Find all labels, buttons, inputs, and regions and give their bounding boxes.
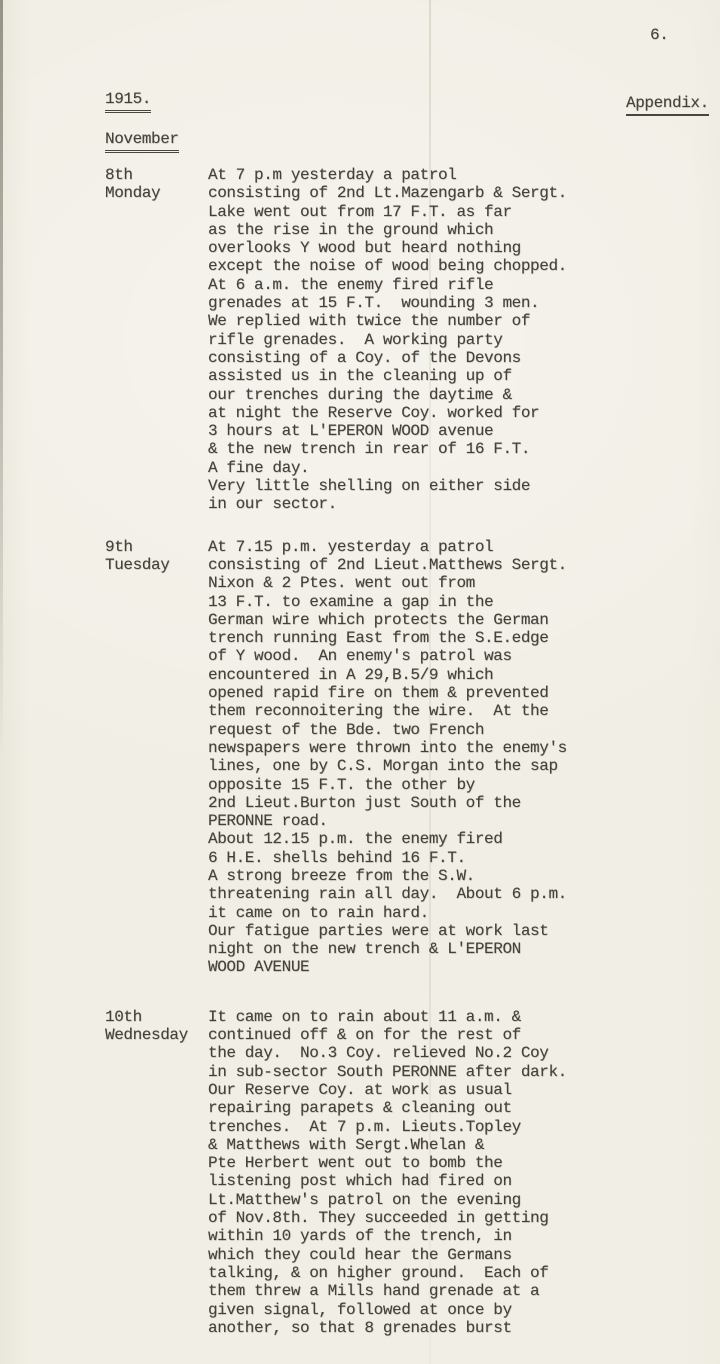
diary-line: 3 hours at L'EPERON WOOD avenue: [208, 422, 705, 440]
diary-line: trenches. At 7 p.m. Lieuts.Topley: [208, 1118, 705, 1136]
diary-line: repairing parapets & cleaning out: [208, 1099, 705, 1117]
diary-line: them reconnoitering the wire. At the: [208, 702, 705, 720]
diary-line: them threw a Mills hand grenade at a: [208, 1282, 705, 1300]
diary-line: Our fatigue parties were at work last: [208, 922, 705, 940]
entry-day: Tuesday: [105, 556, 208, 574]
diary-line: which they could hear the Germans: [208, 1246, 705, 1264]
diary-line: consisting of 2nd Lieut.Matthews Sergt.: [208, 556, 705, 574]
page-number: 6.: [650, 26, 668, 44]
diary-line: PERONNE road.: [208, 812, 705, 830]
diary-line: request of the Bde. two French: [208, 721, 705, 739]
diary-line: A strong breeze from the S.W.: [208, 867, 705, 885]
diary-entry-10th: 10th Wednesday It came on to rain about …: [105, 1008, 705, 1337]
diary-line: opposite 15 F.T. the other by: [208, 776, 705, 794]
diary-entries: 8th Monday At 7 p.m yesterday a patrolco…: [105, 166, 705, 1337]
diary-line: About 12.15 p.m. the enemy fired: [208, 830, 705, 848]
diary-line: another, so that 8 grenades burst: [208, 1319, 705, 1337]
diary-line: A fine day.: [208, 459, 705, 477]
diary-line: as the rise in the ground which: [208, 221, 705, 239]
diary-line: & Matthews with Sergt.Whelan &: [208, 1136, 705, 1154]
entry-date-column: 9th Tuesday: [105, 538, 208, 575]
diary-line: At 6 a.m. the enemy fired rifle: [208, 276, 705, 294]
diary-line: overlooks Y wood but heard nothing: [208, 239, 705, 257]
diary-line: 6 H.E. shells behind 16 F.T.: [208, 849, 705, 867]
diary-line: newspapers were thrown into the enemy's: [208, 739, 705, 757]
diary-line: assisted us in the cleaning up of: [208, 367, 705, 385]
entry-date-column: 10th Wednesday: [105, 1008, 208, 1045]
diary-line: of Nov.8th. They succeeded in getting: [208, 1209, 705, 1227]
diary-line: At 7.15 p.m. yesterday a patrol: [208, 538, 705, 556]
diary-line: WOOD AVENUE: [208, 958, 705, 976]
diary-line: within 10 yards of the trench, in: [208, 1227, 705, 1245]
month-heading: November: [105, 130, 179, 153]
diary-line: in our sector.: [208, 495, 705, 513]
diary-line: Pte Herbert went out to bomb the: [208, 1154, 705, 1172]
diary-line: trench running East from the S.E.edge: [208, 629, 705, 647]
entry-date: 10th: [105, 1008, 208, 1026]
diary-line: 13 F.T. to examine a gap in the: [208, 593, 705, 611]
entry-date: 9th: [105, 538, 208, 556]
diary-line: grenades at 15 F.T. wounding 3 men.: [208, 294, 705, 312]
diary-line: encountered in A 29,B.5/9 which: [208, 666, 705, 684]
diary-line: talking, & on higher ground. Each of: [208, 1264, 705, 1282]
diary-line: given signal, followed at once by: [208, 1301, 705, 1319]
entry-text: At 7 p.m yesterday a patrolconsisting of…: [208, 166, 705, 514]
diary-line: continued off & on for the rest of: [208, 1026, 705, 1044]
entry-day: Wednesday: [105, 1026, 208, 1044]
diary-line: at night the Reserve Coy. worked for: [208, 404, 705, 422]
diary-line: rifle grenades. A working party: [208, 331, 705, 349]
entry-date: 8th: [105, 166, 208, 184]
diary-line: except the noise of wood being chopped.: [208, 257, 705, 275]
diary-line: Nixon & 2 Ptes. went out from: [208, 574, 705, 592]
diary-line: Our Reserve Coy. at work as usual: [208, 1081, 705, 1099]
diary-line: consisting of 2nd Lt.Mazengarb & Sergt.: [208, 184, 705, 202]
diary-entry-9th: 9th Tuesday At 7.15 p.m. yesterday a pat…: [105, 538, 705, 977]
diary-line: German wire which protects the German: [208, 611, 705, 629]
diary-line: At 7 p.m yesterday a patrol: [208, 166, 705, 184]
diary-line: it came on to rain hard.: [208, 904, 705, 922]
entry-day: Monday: [105, 184, 208, 202]
diary-line: in sub-sector South PERONNE after dark.: [208, 1063, 705, 1081]
diary-line: lines, one by C.S. Morgan into the sap: [208, 757, 705, 775]
entry-text: At 7.15 p.m. yesterday a patrolconsistin…: [208, 538, 705, 977]
entry-text: It came on to rain about 11 a.m. &contin…: [208, 1008, 705, 1337]
diary-line: the day. No.3 Coy. relieved No.2 Coy: [208, 1044, 705, 1062]
diary-line: & the new trench in rear of 16 F.T.: [208, 440, 705, 458]
diary-line: listening post which had fired on: [208, 1172, 705, 1190]
diary-line: consisting of a Coy. of the Devons: [208, 349, 705, 367]
diary-line: night on the new trench & L'EPERON: [208, 940, 705, 958]
diary-line: 2nd Lieut.Burton just South of the: [208, 794, 705, 812]
diary-line: our trenches during the daytime &: [208, 386, 705, 404]
diary-line: opened rapid fire on them & prevented: [208, 684, 705, 702]
diary-line: Lake went out from 17 F.T. as far: [208, 203, 705, 221]
diary-entry-8th: 8th Monday At 7 p.m yesterday a patrolco…: [105, 166, 705, 514]
appendix-heading: Appendix.: [626, 94, 709, 116]
diary-line: We replied with twice the number of: [208, 312, 705, 330]
entry-date-column: 8th Monday: [105, 166, 208, 203]
diary-line: It came on to rain about 11 a.m. &: [208, 1008, 705, 1026]
scan-left-edge: [0, 0, 3, 760]
diary-line: of Y wood. An enemy's patrol was: [208, 647, 705, 665]
year-heading: 1915.: [105, 90, 151, 113]
diary-line: Lt.Matthew's patrol on the evening: [208, 1191, 705, 1209]
diary-line: Very little shelling on either side: [208, 477, 705, 495]
diary-line: threatening rain all day. About 6 p.m.: [208, 885, 705, 903]
